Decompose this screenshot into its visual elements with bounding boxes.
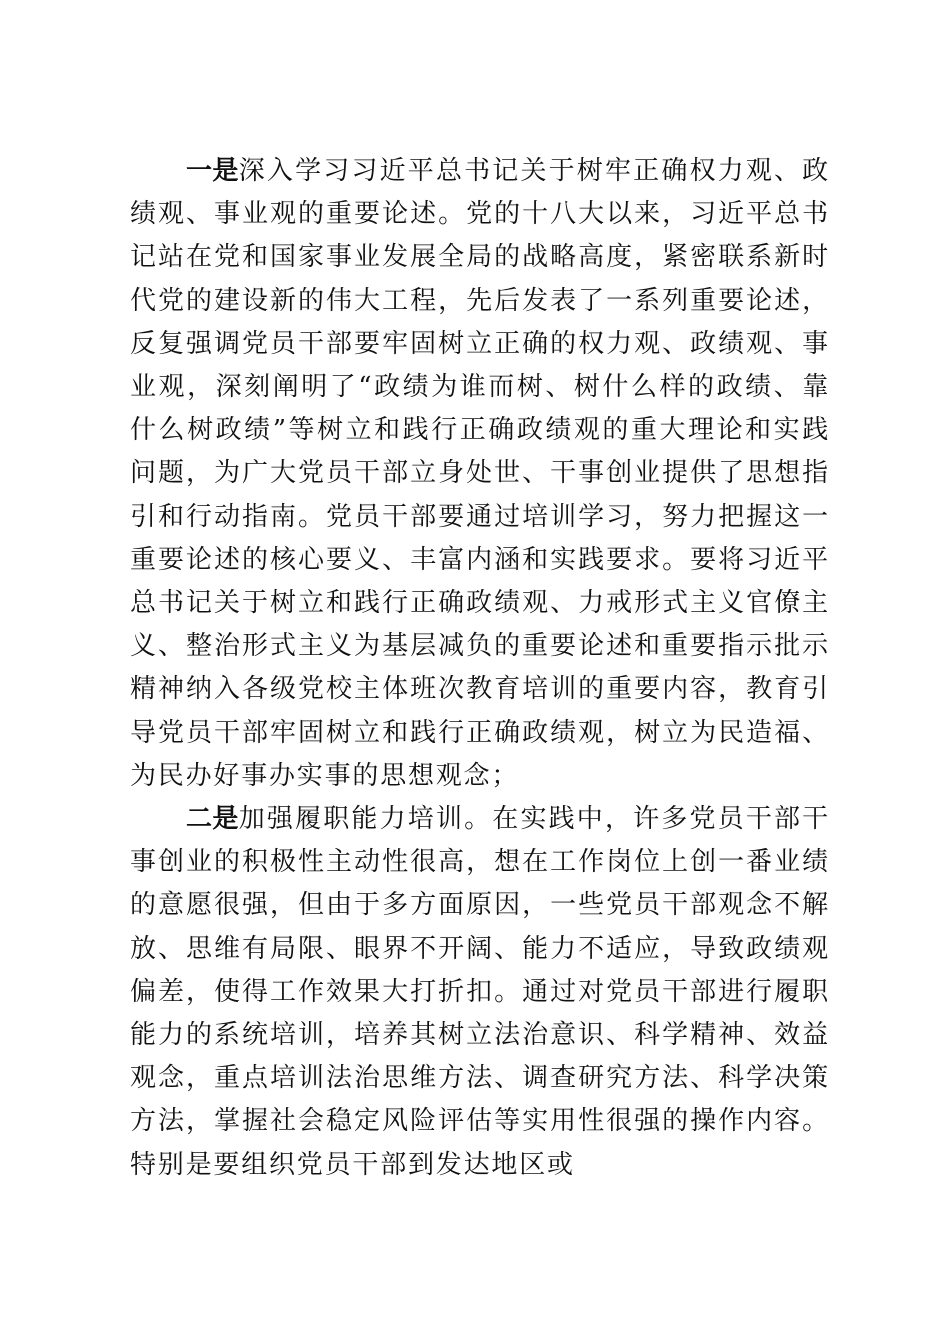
paragraph-2: 二是加强履职能力培训。在实践中，许多党员干部干事创业的积极性主动性很高，想在工作… <box>130 798 830 1187</box>
paragraph-body-2: 加强履职能力培训。在实践中，许多党员干部干事创业的积极性主动性很高，想在工作岗位… <box>130 804 830 1180</box>
paragraph-body-1: 深入学习习近平总书记关于树牢正确权力观、政绩观、事业观的重要论述。党的十八大以来… <box>130 156 830 791</box>
paragraph-lead-2: 二是 <box>186 804 239 834</box>
document-page: 一是深入学习习近平总书记关于树牢正确权力观、政绩观、事业观的重要论述。党的十八大… <box>130 150 830 1187</box>
paragraph-1: 一是深入学习习近平总书记关于树牢正确权力观、政绩观、事业观的重要论述。党的十八大… <box>130 150 830 798</box>
paragraph-lead-1: 一是 <box>186 156 239 186</box>
